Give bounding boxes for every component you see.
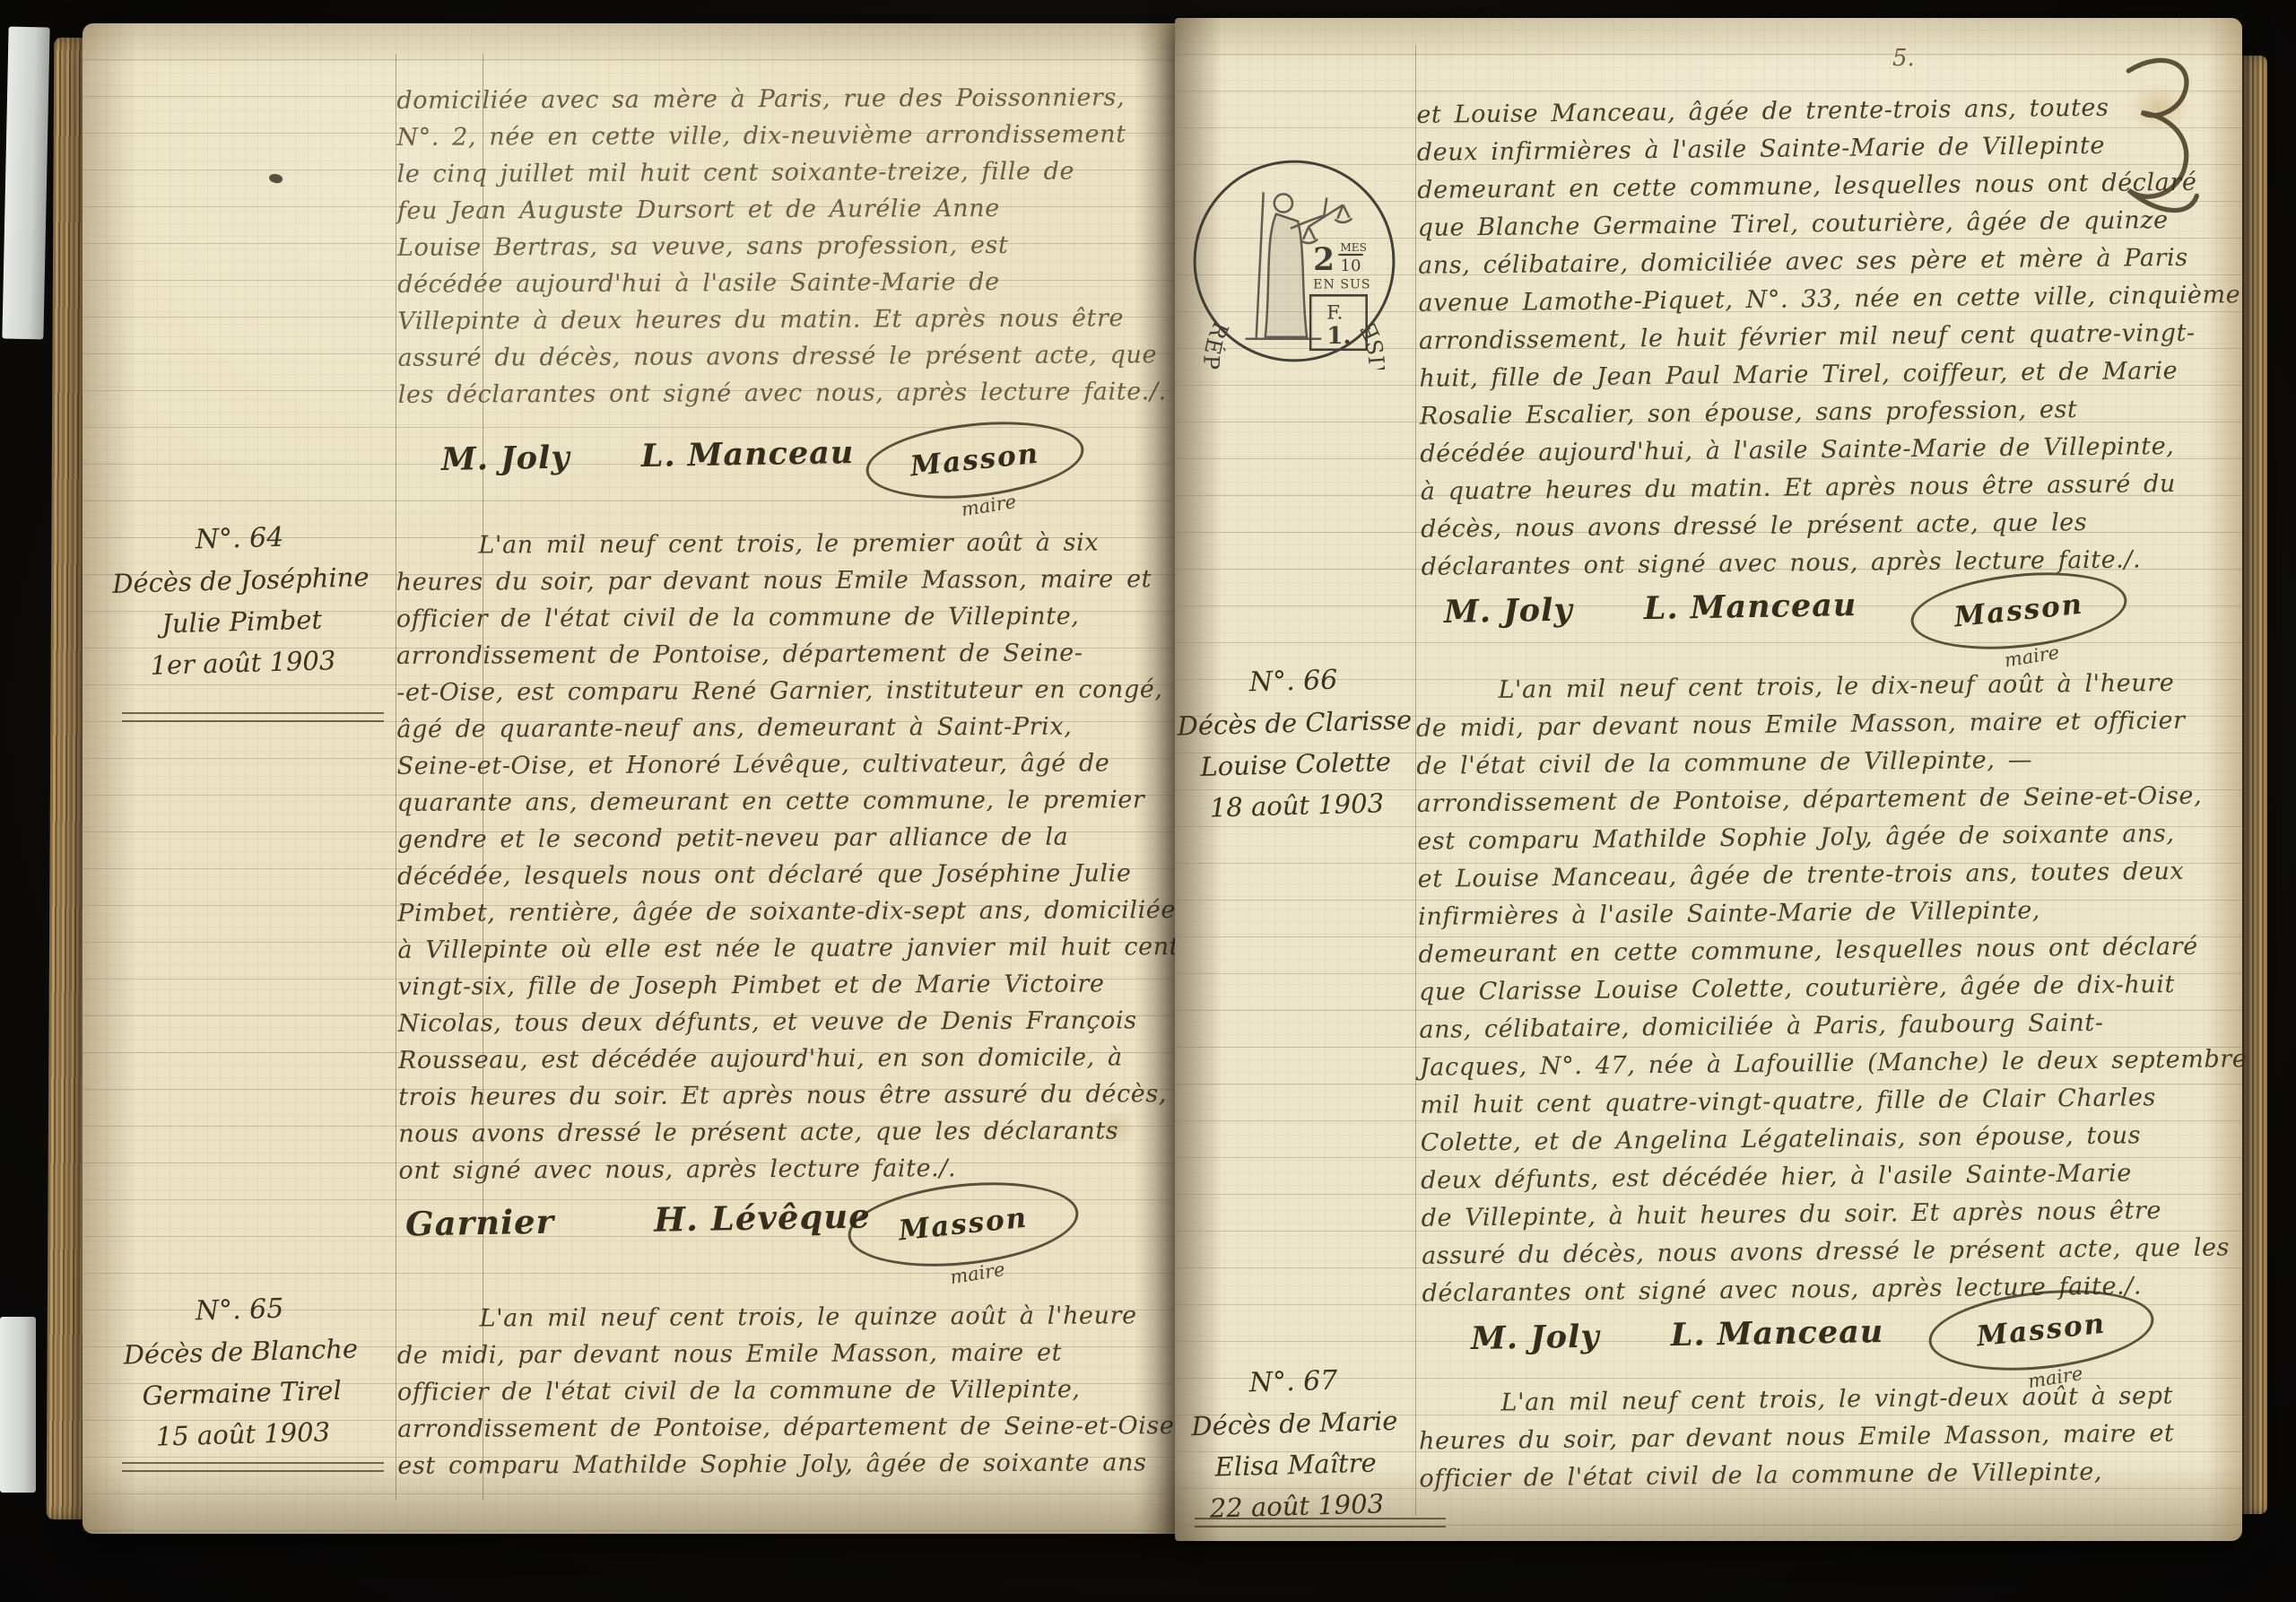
- act-64-body-text: L'an mil neuf cent trois, le premier aoû…: [396, 524, 1180, 1189]
- handwritten-line: N°. 2, née en cette ville, dix-neuvième …: [396, 116, 1165, 156]
- act-67-body-text: L'an mil neuf cent trois, le vingt-deux …: [1418, 1378, 2175, 1499]
- handwritten-line: assuré du décès, nous avons dressé le pr…: [397, 336, 1166, 377]
- margin-annotation-act-66: N°. 66 Décès de ClarisseLouise Colette18…: [1174, 657, 1415, 829]
- handwritten-line: officier de l'état civil de la commune d…: [1419, 1453, 2175, 1499]
- act-separator-rule: [122, 712, 384, 722]
- handwritten-line: domiciliée avec sa mère à Paris, rue des…: [396, 79, 1165, 119]
- scan-table-edge-bottom: [0, 1317, 36, 1493]
- handwritten-line: Décès de Blanche: [96, 1328, 386, 1377]
- witness-signatures: M. Joly L. Manceau: [441, 434, 855, 478]
- margin-annotation-act-67: N°. 67 Décès de MarieElisa Maître22 août…: [1174, 1358, 1415, 1529]
- stamp-surcharge-value: 2: [1313, 242, 1335, 278]
- handwritten-line: quarante ans, demeurant en cette commune…: [397, 781, 1179, 822]
- mayor-signature: Masson: [909, 438, 1041, 483]
- handwritten-line: vingt-six, fille de Joseph Pimbet et de …: [398, 965, 1180, 1006]
- stamp-surcharge-sup: MES: [1340, 241, 1367, 254]
- mayor-signature-oval: Masson maire: [844, 1172, 1083, 1276]
- handwritten-line: Louise Bertras, sa veuve, sans professio…: [397, 226, 1166, 266]
- handwritten-line: de midi, par devant nous Emile Masson, m…: [397, 1334, 1183, 1374]
- handwritten-line: Seine-et-Oise, et Honoré Lévêque, cultiv…: [396, 744, 1178, 785]
- handwritten-line: le cinq juillet mil huit cent soixante-t…: [397, 152, 1166, 193]
- mayor-title: maire: [949, 1258, 1007, 1288]
- mayor-signature: Masson: [897, 1202, 1030, 1248]
- handwritten-line: 1er août 1903: [98, 638, 387, 687]
- handwritten-line: Décès de Marie: [1176, 1399, 1413, 1447]
- handwritten-line: Décès de Clarisse: [1176, 699, 1413, 746]
- stamp-face-value: 1.: [1326, 322, 1351, 350]
- fiscal-stamp: RÉPUBLIQUE FRANÇAISE 2: [1186, 152, 1403, 373]
- handwritten-line: âgé de quarante-neuf ans, demeurant à Sa…: [396, 708, 1178, 748]
- scan-table-edge-top: [2, 27, 49, 340]
- handwritten-line: gendre et le second petit-neveu par alli…: [397, 818, 1179, 858]
- handwritten-line: décédée aujourd'hui à l'asile Sainte-Mar…: [397, 263, 1166, 303]
- folio-number: 5.: [1892, 45, 1915, 72]
- handwritten-line: feu Jean Auguste Dursort et de Aurélie A…: [397, 189, 1166, 230]
- handwritten-line: 15 août 1903: [98, 1409, 387, 1458]
- handwritten-line: Nicolas, tous deux défunts, et veuve de …: [398, 1002, 1180, 1042]
- ink-blot: [268, 172, 283, 185]
- act-63-continuation-text: domiciliée avec sa mère à Paris, rue des…: [396, 79, 1167, 414]
- handwritten-line: L'an mil neuf cent trois, le premier aoû…: [396, 524, 1178, 564]
- right-page: 5. RÉPUBLIQUE FRANÇAISE: [1175, 18, 2242, 1541]
- act-separator-rule: [122, 1462, 384, 1472]
- witness-signatures: Garnier H. Lévêque: [405, 1196, 871, 1243]
- handwritten-line: Elisa Maître: [1177, 1441, 1414, 1488]
- act-separator-rule: [1195, 1518, 1446, 1528]
- handwritten-line: arrondissement de Pontoise, département …: [397, 1407, 1183, 1448]
- witness-signatures: M. Joly L. Manceau: [1471, 1313, 1884, 1357]
- mayor-title: maire: [960, 491, 1018, 520]
- register-scan: domiciliée avec sa mère à Paris, rue des…: [0, 0, 2296, 1602]
- left-page: domiciliée avec sa mère à Paris, rue des…: [83, 23, 1178, 1534]
- handwritten-line: officier de l'état civil de la commune d…: [396, 597, 1178, 638]
- handwritten-line: -et-Oise, est comparu René Garnier, inst…: [396, 671, 1178, 711]
- handwritten-line: L'an mil neuf cent trois, le quinze août…: [397, 1297, 1183, 1337]
- mayor-signature: Masson: [1975, 1308, 2108, 1354]
- handwritten-line: déclarantes ont signé avec nous, après l…: [1421, 540, 2243, 587]
- handwritten-line: Pimbet, rentière, âgée de soixante-dix-s…: [397, 892, 1179, 932]
- mayor-signature-oval: Masson maire: [862, 412, 1087, 508]
- handwritten-line: Villepinte à deux heures du matin. Et ap…: [397, 300, 1166, 340]
- mayor-signature: Masson: [1952, 588, 2085, 634]
- act-number: N°. 67: [1174, 1358, 1412, 1406]
- margin-annotation-act-64: N°. 64 Décès de JoséphineJulie Pimbet1er…: [94, 515, 387, 688]
- handwritten-line: 18 août 1903: [1178, 781, 1415, 829]
- act-number: N°. 66: [1174, 657, 1412, 705]
- handwritten-line: Rousseau, est décédée aujourd'hui, en so…: [398, 1039, 1180, 1079]
- act-65-continuation-text: et Louise Manceau, âgée de trente-trois …: [1416, 88, 2243, 587]
- witness-signatures: M. Joly L. Manceau: [1444, 587, 1857, 631]
- stamp-surcharge-denominator: 10: [1340, 257, 1361, 275]
- handwritten-line: nous avons dressé le présent acte, que l…: [398, 1112, 1180, 1153]
- handwritten-line: heures du soir, par devant nous Emile Ma…: [396, 561, 1178, 601]
- act-66-body-text: L'an mil neuf cent trois, le dix-neuf ao…: [1415, 664, 2249, 1313]
- handwritten-line: ont signé avec nous, après lecture faite…: [398, 1149, 1180, 1189]
- handwritten-line: trois heures du soir. Et après nous être…: [398, 1075, 1180, 1116]
- handwritten-line: arrondissement de Pontoise, département …: [396, 634, 1178, 675]
- handwritten-line: officier de l'état civil de la commune d…: [397, 1371, 1183, 1411]
- margin-annotation-act-65: N°. 65 Décès de BlancheGermaine Tirel15 …: [94, 1286, 387, 1459]
- handwritten-line: est comparu Mathilde Sophie Joly, âgée d…: [397, 1444, 1183, 1484]
- handwritten-line: les déclarantes ont signé avec nous, apr…: [398, 373, 1167, 414]
- handwritten-line: décédée, lesquels nous ont déclaré que J…: [397, 855, 1179, 895]
- stamp-surcharge-label: EN SUS: [1313, 277, 1370, 292]
- stamp-currency-letter: F.: [1326, 301, 1343, 324]
- act-65-body-text: L'an mil neuf cent trois, le quinze août…: [397, 1297, 1183, 1484]
- handwritten-line: Louise Colette: [1177, 740, 1414, 788]
- handwritten-line: à Villepinte où elle est née le quatre j…: [397, 928, 1179, 969]
- handwritten-line: Décès de Joséphine: [96, 556, 386, 605]
